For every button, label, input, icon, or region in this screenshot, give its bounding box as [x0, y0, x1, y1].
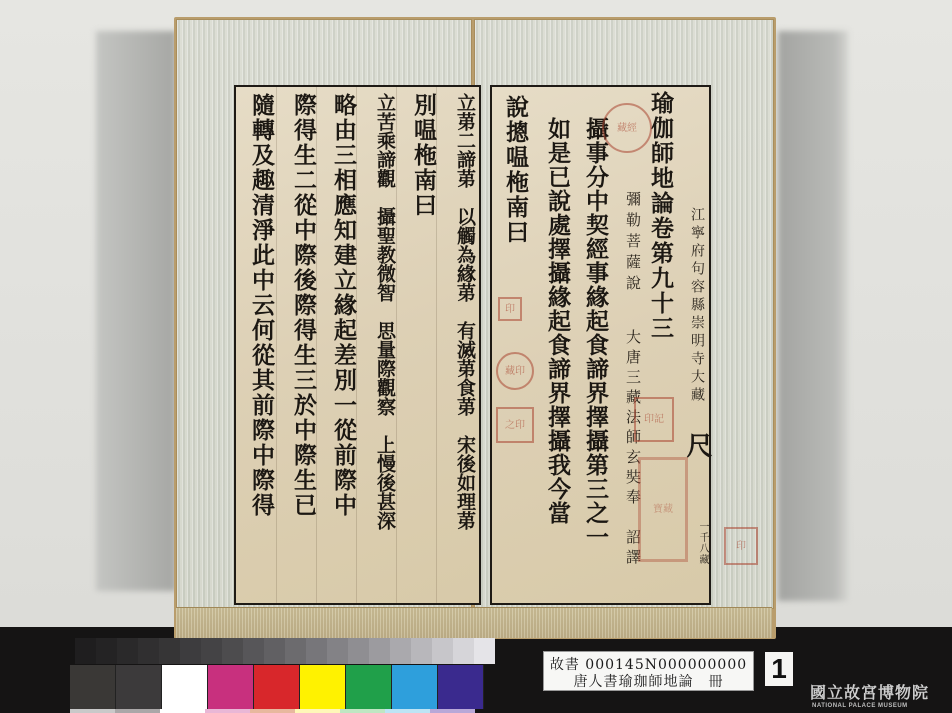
tint-chip	[430, 709, 475, 713]
catalog-label: 故書 000145N000000000 唐人書瑜珈師地論 冊	[543, 651, 754, 691]
book-shadow-right	[778, 31, 848, 601]
gray-step	[285, 638, 306, 664]
gray-step	[96, 638, 117, 664]
volume-mark: 尺	[684, 432, 710, 460]
color-chip	[116, 665, 162, 709]
collector-seal: 印	[498, 297, 522, 321]
gray-step	[159, 638, 180, 664]
book-shadow-left	[96, 31, 176, 591]
collector-seal-margin: 印	[724, 527, 758, 565]
tint-chip	[205, 709, 250, 713]
gray-step	[222, 638, 243, 664]
volume-number-card: 1	[765, 652, 793, 686]
text-column-1: 立苐二諦苐 以觸為緣苐 有滅苐食苐 宋後如理苐	[450, 93, 476, 530]
tint-chip	[295, 709, 340, 713]
gray-step	[474, 638, 495, 664]
tint-chip	[70, 709, 115, 713]
gray-step	[117, 638, 138, 664]
collector-seal: 印記	[634, 397, 674, 442]
gray-step	[75, 638, 96, 664]
text-column-chapter: 攝事分中契經事緣起食諦界擇攝第三之一	[582, 117, 608, 549]
museum-watermark-english: NATIONAL PALACE MUSEUM	[812, 703, 908, 709]
color-chip	[254, 665, 300, 709]
left-page: 立苐二諦苐 以觸為緣苐 有滅苐食苐 宋後如理苐 別嗢柂南曰 立苦乘諦觀 攝聖教微…	[234, 85, 481, 605]
manuscript-book: 立苐二諦苐 以觸為緣苐 有滅苐食苐 宋後如理苐 別嗢柂南曰 立苦乘諦觀 攝聖教微…	[174, 17, 776, 639]
text-column-4: 略由三相應知建立緣起差別一從前際中	[330, 93, 356, 518]
color-chip	[438, 665, 484, 709]
gray-step	[180, 638, 201, 664]
gray-step	[453, 638, 474, 664]
gray-step	[327, 638, 348, 664]
text-column-verse-intro: 說摠嗢柂南曰	[502, 95, 528, 245]
tint-chip	[250, 709, 295, 713]
column-rule	[396, 87, 397, 603]
text-column-5: 際得生二從中際後際得生三於中際生已	[290, 93, 316, 518]
gray-step	[264, 638, 285, 664]
tint-chip	[340, 709, 385, 713]
gray-step	[390, 638, 411, 664]
museum-watermark-chinese: 國立故宮博物院	[810, 680, 929, 703]
color-chip	[346, 665, 392, 709]
sequence-note: 一千八藏	[690, 521, 708, 565]
color-chip	[70, 665, 116, 709]
text-column-2: 別嗢柂南曰	[410, 93, 436, 218]
tint-chip-row	[70, 709, 475, 713]
book-bottom-edge	[176, 607, 772, 638]
text-column-body: 如是已說處擇攝緣起食諦界擇攝我今當	[544, 117, 570, 525]
right-page: 江寧府句容縣崇明寺大藏 尺 一千八藏 瑜伽師地論卷第九十三 彌勒菩薩說 大唐三藏…	[490, 85, 711, 605]
color-chip	[392, 665, 438, 709]
text-column-6: 隨轉及趣清淨此中云何從其前際中際得	[248, 93, 274, 518]
gray-step	[348, 638, 369, 664]
gray-step	[369, 638, 390, 664]
tint-chip	[115, 709, 160, 713]
color-chip-row	[70, 665, 484, 709]
collector-seal: 之印	[496, 407, 534, 443]
gray-step	[243, 638, 264, 664]
collector-seal: 藏經	[602, 103, 652, 153]
gray-step	[411, 638, 432, 664]
provenance-note: 江寧府句容縣崇明寺大藏	[688, 207, 706, 405]
column-rule	[276, 87, 277, 603]
catalog-title: 唐人書瑜珈師地論 冊	[544, 671, 753, 691]
text-column-3: 立苦乘諦觀 攝聖教微智 思量際觀察 上慢後甚深	[370, 93, 396, 530]
color-chip	[162, 665, 208, 709]
collector-seal: 藏印	[496, 352, 534, 390]
author-line: 彌勒菩薩說	[624, 191, 642, 296]
gray-step	[432, 638, 453, 664]
color-calibration-chart	[70, 638, 475, 713]
color-chip	[208, 665, 254, 709]
collector-seal: 寶藏	[638, 457, 688, 562]
gray-step	[201, 638, 222, 664]
color-chip	[300, 665, 346, 709]
tint-chip	[385, 709, 430, 713]
gray-step	[138, 638, 159, 664]
gray-scale-strip	[75, 638, 495, 664]
tint-chip	[160, 709, 205, 713]
gray-step	[306, 638, 327, 664]
